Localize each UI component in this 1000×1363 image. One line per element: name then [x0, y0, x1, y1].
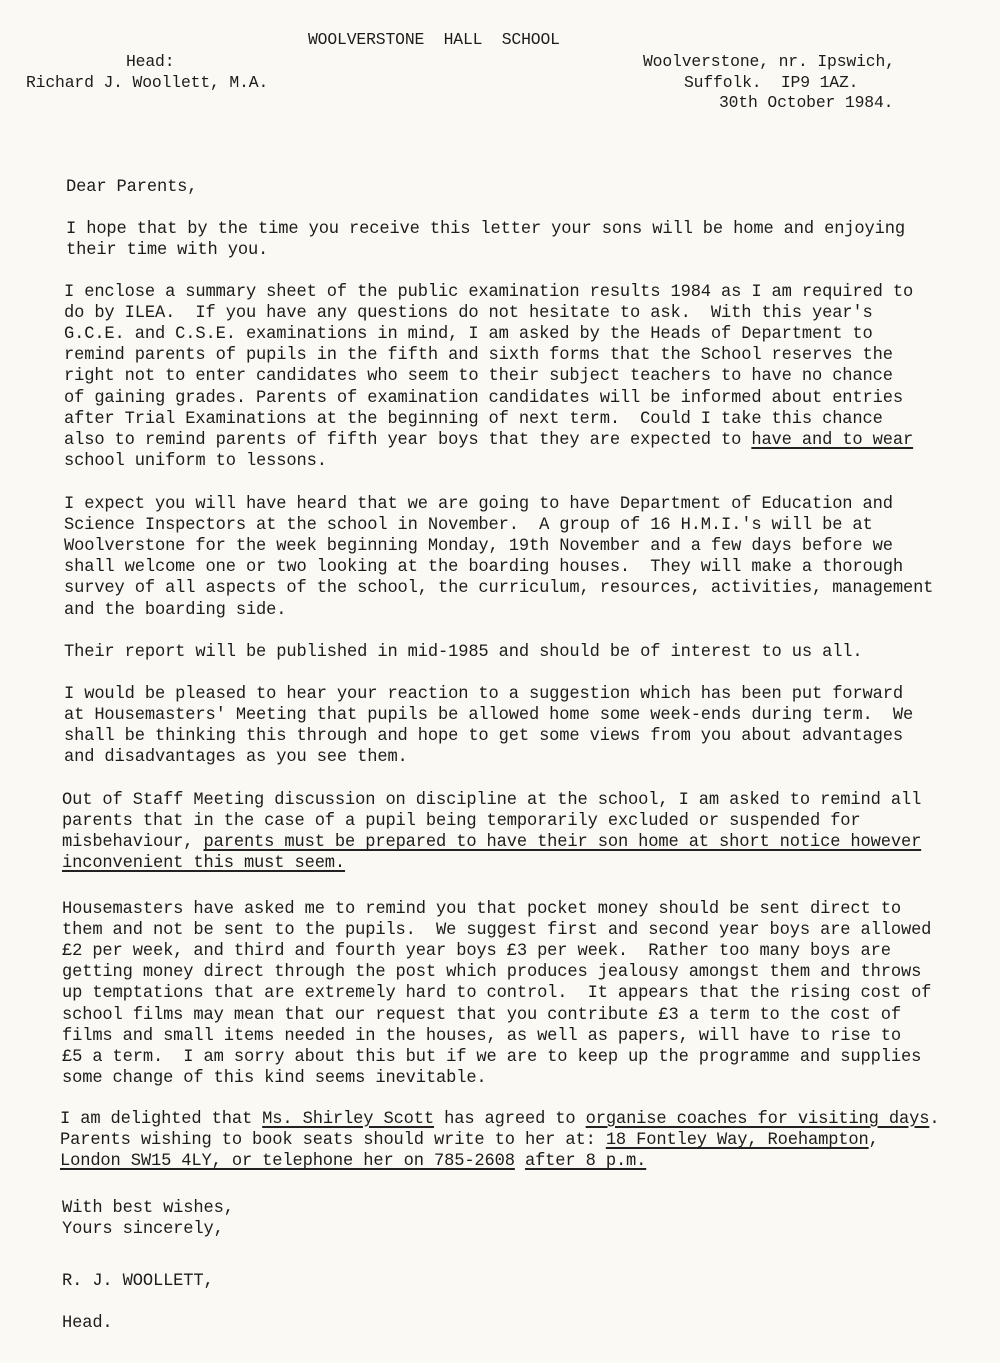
head-name: Richard J. Woollett, M.A.: [26, 72, 268, 93]
text-segment: after Trial Examinations at the beginnin…: [64, 410, 883, 429]
text-segment: and the boarding side.: [64, 601, 286, 620]
text-line: misbehaviour, parents must be prepared t…: [62, 832, 921, 853]
text-line: films and small items needed in the hous…: [62, 1026, 901, 1047]
text-segment: I enclose a summary sheet of the public …: [64, 283, 913, 302]
text-segment: up temptations that are extremely hard t…: [62, 984, 931, 1003]
text-segment: and disadvantages as you see them.: [64, 748, 408, 767]
text-line: up temptations that are extremely hard t…: [62, 983, 931, 1004]
text-segment: I expect you will have heard that we are…: [64, 495, 893, 514]
text-segment: shall be thinking this through and hope …: [64, 727, 903, 746]
text-segment: also to remind parents of fifth year boy…: [64, 431, 751, 450]
text-segment: ,: [869, 1131, 879, 1150]
text-segment: survey of all aspects of the school, the…: [64, 579, 933, 598]
text-line: shall welcome one or two looking at the …: [64, 557, 903, 578]
text-line: I hope that by the time you receive this…: [66, 219, 905, 240]
signatory-title: Head.: [62, 1313, 113, 1334]
text-segment: them and not be sent to the pupils. We s…: [62, 921, 931, 940]
text-line: remind parents of pupils in the fifth an…: [64, 345, 893, 366]
text-segment: I am delighted that: [60, 1110, 262, 1129]
underlined-emphasis: have and to wear: [751, 431, 913, 450]
text-segment: G.C.E. and C.S.E. examinations in mind, …: [64, 325, 873, 344]
closing-line-2: Yours sincerely,: [62, 1219, 224, 1240]
text-segment: remind parents of pupils in the fifth an…: [64, 346, 893, 365]
text-segment: films and small items needed in the hous…: [62, 1027, 901, 1046]
text-line: and the boarding side.: [64, 600, 286, 621]
text-line: Parents wishing to book seats should wri…: [60, 1130, 879, 1151]
address-line-2: Suffolk. IP9 1AZ.: [684, 72, 858, 93]
text-segment: getting money direct through the post wh…: [62, 963, 921, 982]
underlined-emphasis: inconvenient this must seem.: [62, 854, 345, 873]
text-line: of gaining grades. Parents of examinatio…: [64, 388, 903, 409]
underlined-emphasis: parents must be prepared to have their s…: [204, 833, 922, 852]
signatory-name: R. J. WOOLLETT,: [62, 1271, 214, 1292]
text-line: shall be thinking this through and hope …: [64, 726, 903, 747]
text-line: after Trial Examinations at the beginnin…: [64, 409, 883, 430]
text-segment: school uniform to lessons.: [64, 452, 327, 471]
letter-date: 30th October 1984.: [719, 92, 893, 113]
text-line: I expect you will have heard that we are…: [64, 494, 893, 515]
text-line: I am delighted that Ms. Shirley Scott ha…: [60, 1109, 939, 1130]
text-segment: .: [929, 1110, 939, 1129]
text-segment: Parents wishing to book seats should wri…: [60, 1131, 606, 1150]
text-line: them and not be sent to the pupils. We s…: [62, 920, 931, 941]
underlined-emphasis: Ms. Shirley Scott: [262, 1110, 434, 1129]
text-line: school uniform to lessons.: [64, 451, 327, 472]
text-line: G.C.E. and C.S.E. examinations in mind, …: [64, 324, 873, 345]
text-segment: Housemasters have asked me to remind you…: [62, 900, 901, 919]
text-segment: at Housemasters' Meeting that pupils be …: [64, 706, 913, 725]
letter-page: WOOLVERSTONE HALL SCHOOL Head: Richard J…: [0, 0, 1000, 1363]
text-line: Woolverstone for the week beginning Mond…: [64, 536, 893, 557]
underlined-emphasis: 18 Fontley Way, Roehampton: [606, 1131, 869, 1150]
text-segment: misbehaviour,: [62, 833, 204, 852]
text-line: Housemasters have asked me to remind you…: [62, 899, 901, 920]
head-label: Head:: [126, 51, 174, 72]
text-line: at Housemasters' Meeting that pupils be …: [64, 705, 913, 726]
text-segment: parents that in the case of a pupil bein…: [62, 812, 861, 831]
text-line: Their report will be published in mid-19…: [64, 642, 863, 663]
underlined-emphasis: London SW15 4LY, or telephone her on 785…: [60, 1152, 515, 1171]
text-line: Science Inspectors at the school in Nove…: [64, 515, 873, 536]
text-segment: do by ILEA. If you have any questions do…: [64, 304, 873, 323]
text-line: inconvenient this must seem.: [62, 853, 345, 874]
school-name: WOOLVERSTONE HALL SCHOOL: [308, 29, 560, 50]
text-segment: of gaining grades. Parents of examinatio…: [64, 389, 903, 408]
text-line: do by ILEA. If you have any questions do…: [64, 303, 873, 324]
text-segment: £2 per week, and third and fourth year b…: [62, 942, 891, 961]
text-line: parents that in the case of a pupil bein…: [62, 811, 861, 832]
text-segment: shall welcome one or two looking at the …: [64, 558, 903, 577]
text-line: school films may mean that our request t…: [62, 1005, 901, 1026]
text-segment: Out of Staff Meeting discussion on disci…: [62, 791, 921, 810]
text-line: I enclose a summary sheet of the public …: [64, 282, 913, 303]
underlined-emphasis: after 8 p.m.: [525, 1152, 646, 1171]
text-segment: school films may mean that our request t…: [62, 1006, 901, 1025]
text-segment: I would be pleased to hear your reaction…: [64, 685, 903, 704]
text-segment: some change of this kind seems inevitabl…: [62, 1069, 487, 1088]
text-segment: [515, 1152, 525, 1171]
text-segment: Science Inspectors at the school in Nove…: [64, 516, 873, 535]
text-segment: has agreed to: [434, 1110, 586, 1129]
underlined-emphasis: organise coaches for visiting days: [586, 1110, 930, 1129]
text-line: also to remind parents of fifth year boy…: [64, 430, 913, 451]
text-segment: their time with you.: [66, 241, 268, 260]
text-line: London SW15 4LY, or telephone her on 785…: [60, 1151, 646, 1172]
text-segment: £5 a term. I am sorry about this but if …: [62, 1048, 921, 1067]
text-segment: Their report will be published in mid-19…: [64, 643, 863, 662]
text-segment: Woolverstone for the week beginning Mond…: [64, 537, 893, 556]
text-line: right not to enter candidates who seem t…: [64, 366, 893, 387]
text-line: getting money direct through the post wh…: [62, 962, 921, 983]
text-line: £5 a term. I am sorry about this but if …: [62, 1047, 921, 1068]
closing-line-1: With best wishes,: [62, 1198, 234, 1219]
text-segment: I hope that by the time you receive this…: [66, 220, 905, 239]
address-line-1: Woolverstone, nr. Ipswich,: [643, 51, 895, 72]
text-segment: right not to enter candidates who seem t…: [64, 367, 893, 386]
text-line: Out of Staff Meeting discussion on disci…: [62, 790, 921, 811]
text-line: some change of this kind seems inevitabl…: [62, 1068, 487, 1089]
text-line: their time with you.: [66, 240, 268, 261]
text-line: I would be pleased to hear your reaction…: [64, 684, 903, 705]
text-line: and disadvantages as you see them.: [64, 747, 408, 768]
text-line: £2 per week, and third and fourth year b…: [62, 941, 891, 962]
text-line: survey of all aspects of the school, the…: [64, 578, 933, 599]
salutation: Dear Parents,: [66, 177, 197, 198]
